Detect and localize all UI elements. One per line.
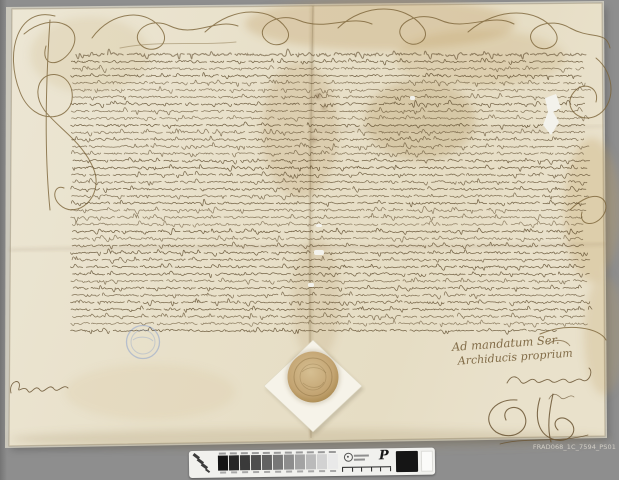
gray-swatch	[272, 455, 282, 470]
swatch-column	[283, 451, 294, 474]
swatch-column	[217, 451, 228, 474]
gray-swatch	[327, 454, 337, 469]
gray-swatch	[228, 455, 238, 470]
parchment-scan: Ad mandatum Ser. Archiducis proprium	[0, 0, 619, 480]
swatch-column	[305, 450, 316, 473]
swatch-column	[316, 450, 327, 473]
logo-icon	[344, 453, 353, 462]
gray-swatch	[283, 455, 293, 470]
reference-code: FRAD068_1C_7594_PS01	[533, 443, 616, 451]
gray-swatch	[305, 454, 315, 469]
calibration-logo: P	[341, 450, 393, 464]
swatch-column	[327, 450, 338, 473]
gray-swatch	[316, 454, 326, 469]
grayscale-swatches	[217, 450, 338, 475]
swatch-column	[261, 451, 272, 474]
gray-swatch	[294, 455, 304, 470]
gray-swatch	[217, 456, 227, 471]
gray-swatch	[261, 455, 271, 470]
gray-swatch	[239, 455, 249, 470]
scan-viewport: Ad mandatum Ser. Archiducis proprium P F…	[0, 0, 619, 480]
white-reference-patch	[420, 450, 432, 471]
swatch-column	[294, 450, 305, 473]
calibration-bar: P	[189, 448, 435, 478]
calibration-letter: P	[379, 448, 389, 463]
swatch-column	[272, 451, 283, 474]
black-reference-patch	[396, 450, 418, 471]
swatch-column	[239, 451, 250, 474]
swatch-column	[228, 451, 239, 474]
seal-wax	[288, 352, 339, 403]
calibration-ruler	[342, 466, 391, 474]
gray-swatch	[250, 455, 260, 470]
swatch-column	[250, 451, 261, 474]
calibration-marks	[192, 453, 214, 476]
